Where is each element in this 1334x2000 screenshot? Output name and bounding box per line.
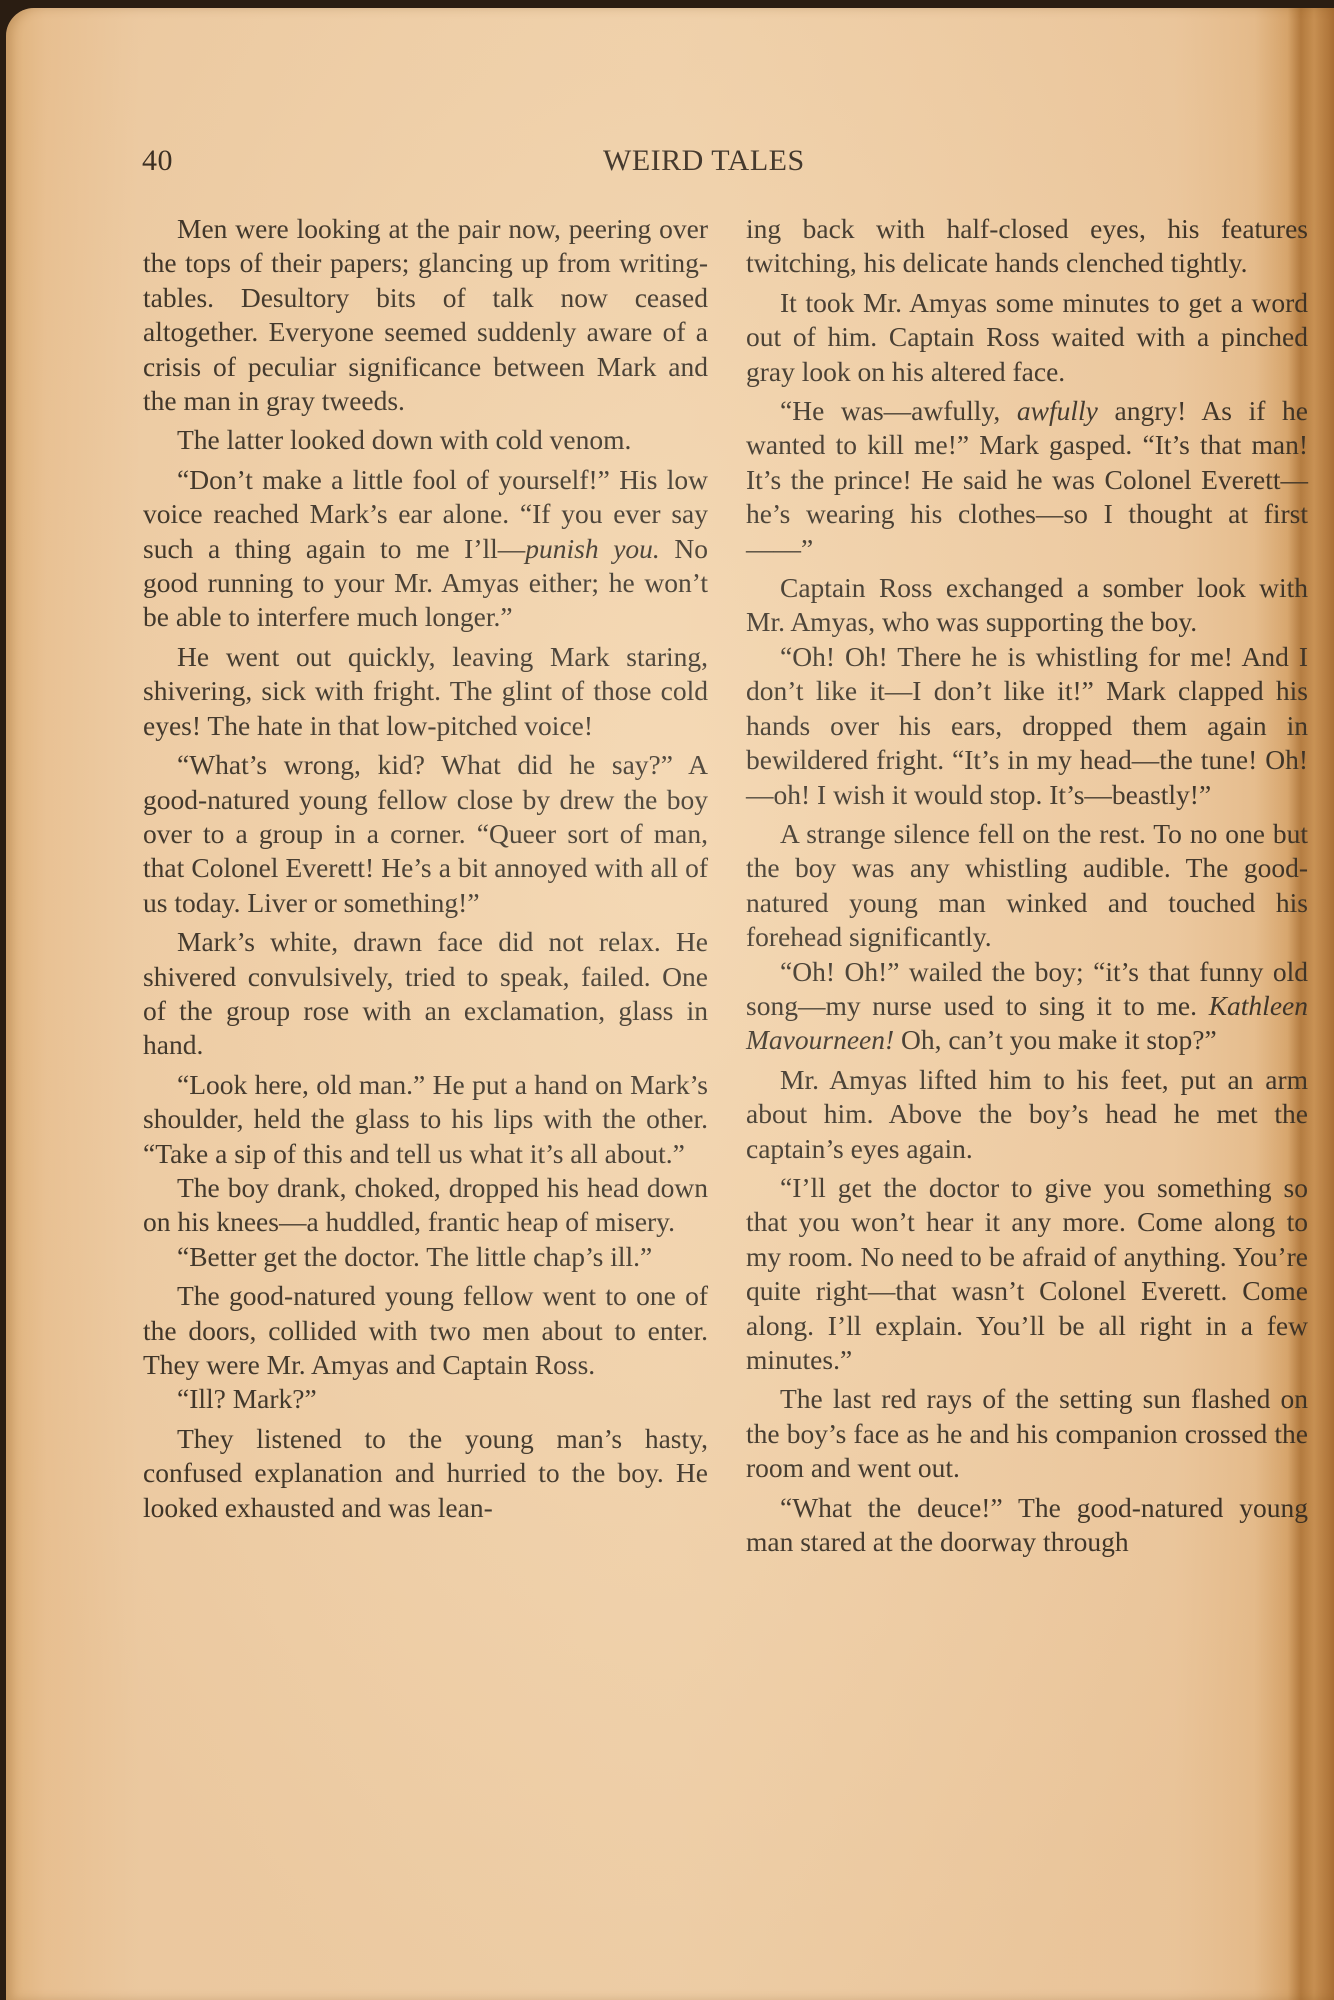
running-head: 40 WEIRD TALES	[6, 140, 1334, 180]
paragraph: A strange silence fell on the rest. To n…	[746, 817, 1308, 955]
paragraph: “What the deuce!” The good-natured young…	[746, 1491, 1308, 1560]
paragraph: Men were looking at the pair now, peerin…	[143, 212, 708, 418]
paragraph: “Ill? Mark?”	[143, 1382, 708, 1416]
journal-title: WEIRD TALES	[603, 144, 805, 178]
paragraph: “He was—awfully, awfully angry! As if he…	[746, 394, 1308, 566]
paragraph: It took Mr. Amyas some minutes to get a …	[746, 286, 1308, 389]
paragraph: The latter looked down with cold venom.	[143, 423, 708, 457]
emphasis: awfully	[1017, 395, 1098, 426]
paragraph-continuation: ing back with half-closed eyes, his feat…	[746, 212, 1308, 281]
magazine-page: 40 WEIRD TALES Men were looking at the p…	[6, 8, 1334, 2000]
paragraph: Mr. Amyas lifted him to his feet, put an…	[746, 1063, 1308, 1166]
paragraph: The good-natured young fellow went to on…	[143, 1279, 708, 1382]
emphasis: punish you.	[525, 533, 660, 564]
right-column: ing back with half-closed eyes, his feat…	[746, 212, 1308, 1564]
left-column: Men were looking at the pair now, peerin…	[143, 212, 708, 1530]
paragraph: He went out quickly, leaving Mark starin…	[143, 640, 708, 743]
paragraph: Mark’s white, drawn face did not relax. …	[143, 925, 708, 1063]
page-number: 40	[142, 144, 173, 178]
paragraph: “Look here, old man.” He put a hand on M…	[143, 1068, 708, 1171]
paragraph: “Oh! Oh! There he is whistling for me! A…	[746, 640, 1308, 812]
paragraph: The boy drank, choked, dropped his head …	[143, 1171, 708, 1240]
paragraph: “What’s wrong, kid? What did he say?” A …	[143, 748, 708, 920]
paragraph: The last red rays of the setting sun fla…	[746, 1382, 1308, 1485]
paragraph: They listened to the young man’s hasty, …	[143, 1422, 708, 1525]
paragraph: “Don’t make a little fool of yourself!” …	[143, 463, 708, 635]
paragraph: Captain Ross exchanged a somber look wit…	[746, 571, 1308, 640]
paragraph: “Better get the doctor. The little chap’…	[143, 1240, 708, 1274]
paragraph: “I’ll get the doctor to give you somethi…	[746, 1171, 1308, 1377]
paragraph: “Oh! Oh!” wailed the boy; “it’s that fun…	[746, 955, 1308, 1058]
